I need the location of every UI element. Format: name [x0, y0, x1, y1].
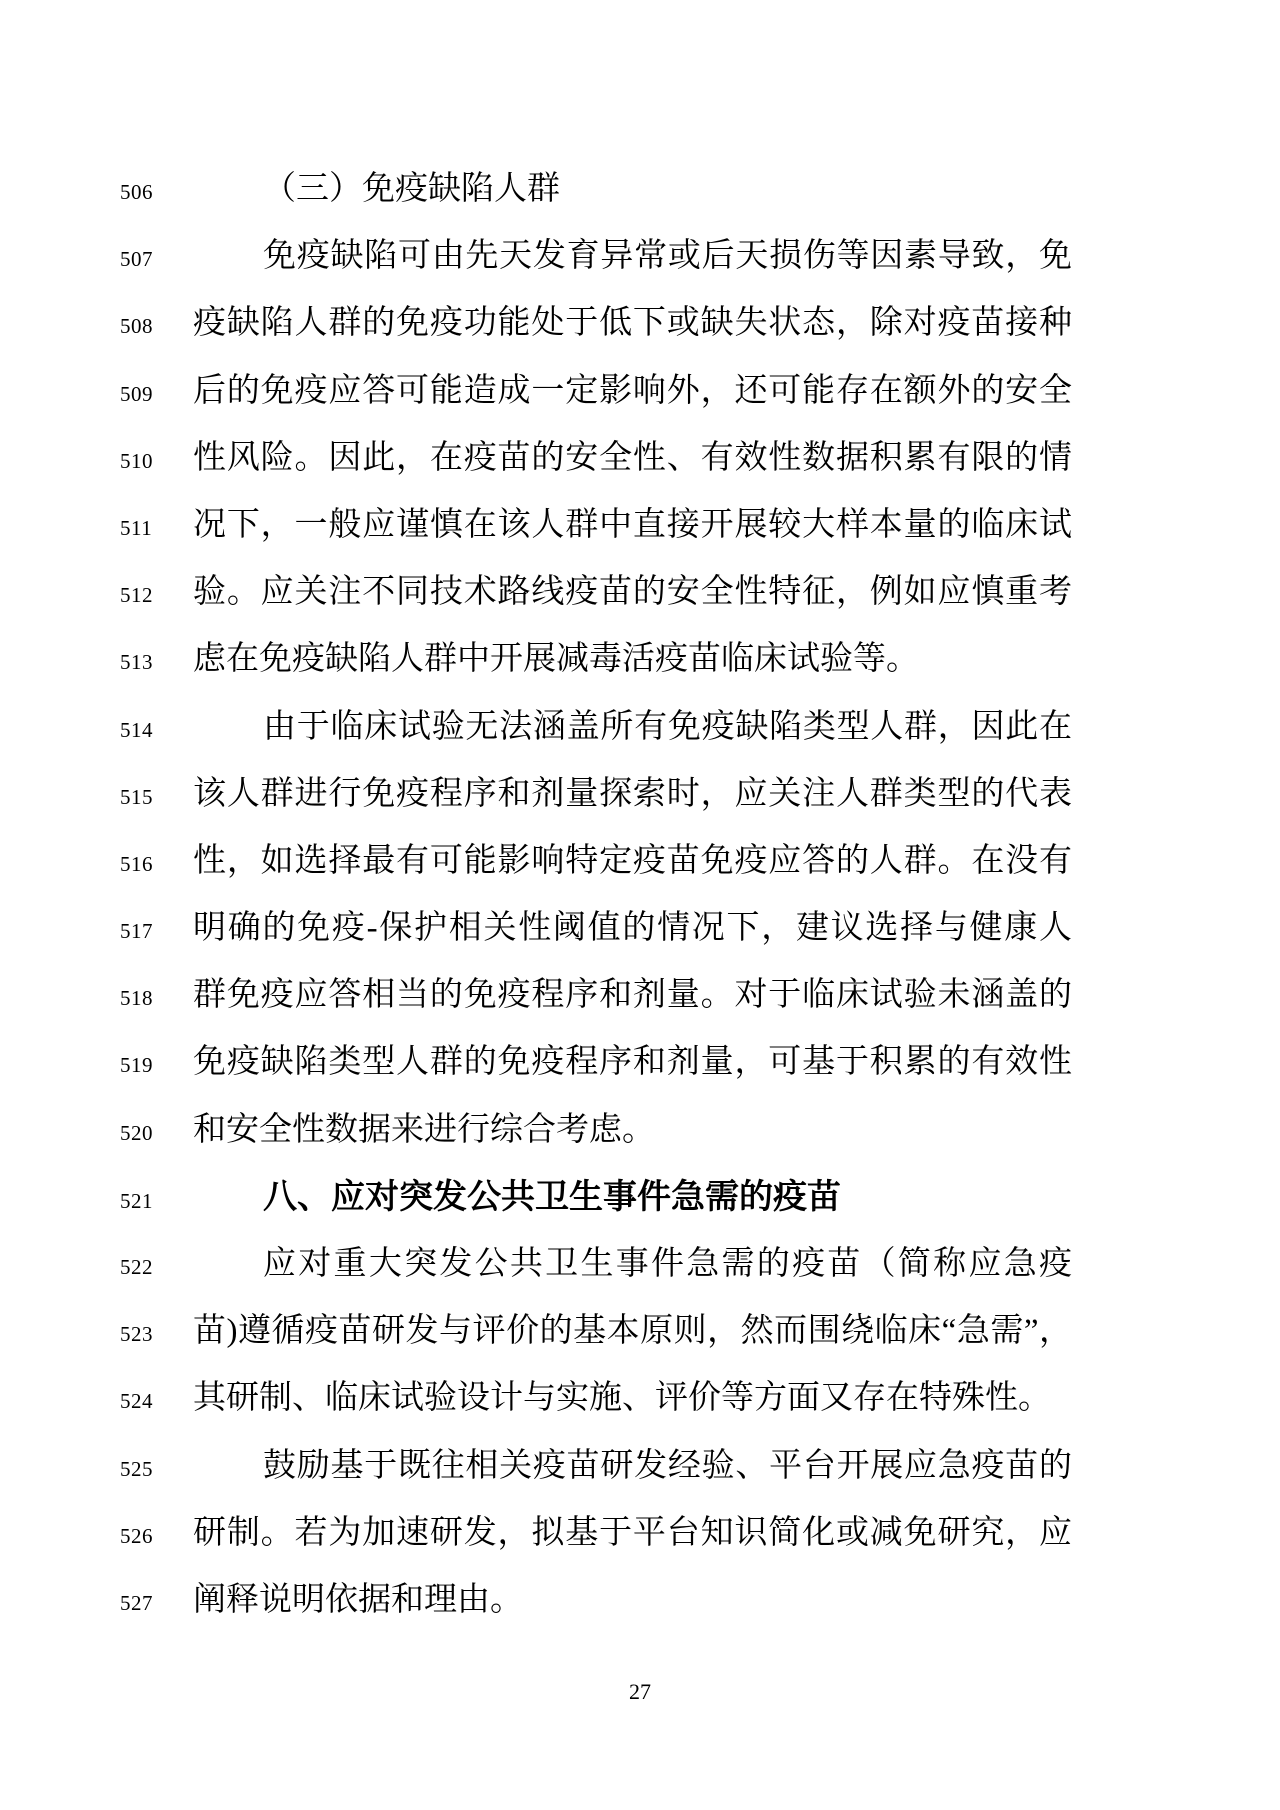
- line-text: 鼓励基于既往相关疫苗研发经验、平台开展应急疫苗的: [193, 1433, 1072, 1500]
- line-text: 验。应关注不同技术路线疫苗的安全性特征，例如应慎重考: [193, 559, 1072, 626]
- line-text: 和安全性数据来进行综合考虑。: [193, 1097, 1072, 1164]
- line-row: 510性风险。因此，在疫苗的安全性、有效性数据积累有限的情: [0, 425, 1280, 492]
- line-text: 况下，一般应谨慎在该人群中直接开展较大样本量的临床试: [193, 492, 1072, 559]
- line-number: 524: [120, 1368, 193, 1435]
- line-row: 527阐释说明依据和理由。: [0, 1567, 1280, 1634]
- sub-section-heading: （三）免疫缺陷人群: [193, 156, 1072, 223]
- line-text: 性，如选择最有可能影响特定疫苗免疫应答的人群。在没有: [193, 828, 1072, 895]
- line-row: 513虑在免疫缺陷人群中开展减毒活疫苗临床试验等。: [0, 626, 1280, 693]
- line-text: 应对重大突发公共卫生事件急需的疫苗（简称应急疫: [193, 1231, 1072, 1298]
- line-row: 511况下，一般应谨慎在该人群中直接开展较大样本量的临床试: [0, 492, 1280, 559]
- line-text: 其研制、临床试验设计与实施、评价等方面又存在特殊性。: [193, 1365, 1072, 1432]
- line-number: 523: [120, 1301, 193, 1368]
- line-number: 520: [120, 1100, 193, 1167]
- line-row: 516性，如选择最有可能影响特定疫苗免疫应答的人群。在没有: [0, 828, 1280, 895]
- line-number: 516: [120, 831, 193, 898]
- page-number: 27: [0, 1672, 1280, 1712]
- line-text: 疫缺陷人群的免疫功能处于低下或缺失状态，除对疫苗接种: [193, 290, 1072, 357]
- line-number: 515: [120, 764, 193, 831]
- line-text: 后的免疫应答可能造成一定影响外，还可能存在额外的安全: [193, 358, 1072, 425]
- line-text: 阐释说明依据和理由。: [193, 1567, 1072, 1634]
- line-text: 该人群进行免疫程序和剂量探索时，应关注人群类型的代表: [193, 761, 1072, 828]
- line-row: 506（三）免疫缺陷人群: [0, 156, 1280, 223]
- line-text: 群免疫应答相当的免疫程序和剂量。对于临床试验未涵盖的: [193, 962, 1072, 1029]
- line-number: 517: [120, 898, 193, 965]
- line-number: 510: [120, 428, 193, 495]
- line-number: 525: [120, 1436, 193, 1503]
- line-number: 519: [120, 1032, 193, 1099]
- line-row: 515该人群进行免疫程序和剂量探索时，应关注人群类型的代表: [0, 761, 1280, 828]
- line-text: 苗)遵循疫苗研发与评价的基本原则，然而围绕临床“急需”，: [193, 1298, 1072, 1365]
- line-row: 522应对重大突发公共卫生事件急需的疫苗（简称应急疫: [0, 1231, 1280, 1298]
- line-number: 507: [120, 226, 193, 293]
- line-row: 514由于临床试验无法涵盖所有免疫缺陷类型人群，因此在: [0, 694, 1280, 761]
- line-number: 513: [120, 629, 193, 696]
- line-text: 免疫缺陷可由先天发育异常或后天损伤等因素导致，免: [193, 223, 1072, 290]
- line-text: 明确的免疫-保护相关性阈值的情况下，建议选择与健康人: [193, 895, 1072, 962]
- line-text: 虑在免疫缺陷人群中开展减毒活疫苗临床试验等。: [193, 626, 1072, 693]
- line-number: 506: [120, 159, 193, 226]
- line-row: 524其研制、临床试验设计与实施、评价等方面又存在特殊性。: [0, 1365, 1280, 1432]
- line-text: 由于临床试验无法涵盖所有免疫缺陷类型人群，因此在: [193, 694, 1072, 761]
- line-row: 520和安全性数据来进行综合考虑。: [0, 1097, 1280, 1164]
- line-text: 研制。若为加速研发，拟基于平台知识简化或减免研究，应: [193, 1500, 1072, 1567]
- line-number: 508: [120, 293, 193, 360]
- line-row: 523苗)遵循疫苗研发与评价的基本原则，然而围绕临床“急需”，: [0, 1298, 1280, 1365]
- line-number: 521: [120, 1168, 193, 1235]
- line-number: 509: [120, 361, 193, 428]
- section-heading: 八、应对突发公共卫生事件急需的疫苗: [193, 1164, 1072, 1231]
- line-text: 免疫缺陷类型人群的免疫程序和剂量，可基于积累的有效性: [193, 1029, 1072, 1096]
- document-page: 506（三）免疫缺陷人群507免疫缺陷可由先天发育异常或后天损伤等因素导致，免5…: [0, 0, 1280, 1810]
- line-row: 525鼓励基于既往相关疫苗研发经验、平台开展应急疫苗的: [0, 1433, 1280, 1500]
- line-number: 514: [120, 697, 193, 764]
- line-text: 性风险。因此，在疫苗的安全性、有效性数据积累有限的情: [193, 425, 1072, 492]
- line-row: 512验。应关注不同技术路线疫苗的安全性特征，例如应慎重考: [0, 559, 1280, 626]
- line-number: 511: [120, 495, 193, 562]
- line-row: 507免疫缺陷可由先天发育异常或后天损伤等因素导致，免: [0, 223, 1280, 290]
- document-body: 506（三）免疫缺陷人群507免疫缺陷可由先天发育异常或后天损伤等因素导致，免5…: [0, 156, 1280, 1634]
- line-row: 509后的免疫应答可能造成一定影响外，还可能存在额外的安全: [0, 358, 1280, 425]
- line-number: 518: [120, 965, 193, 1032]
- line-number: 522: [120, 1234, 193, 1301]
- line-row: 519免疫缺陷类型人群的免疫程序和剂量，可基于积累的有效性: [0, 1029, 1280, 1096]
- line-row: 508疫缺陷人群的免疫功能处于低下或缺失状态，除对疫苗接种: [0, 290, 1280, 357]
- line-number: 527: [120, 1570, 193, 1637]
- line-row: 521八、应对突发公共卫生事件急需的疫苗: [0, 1164, 1280, 1231]
- line-row: 526研制。若为加速研发，拟基于平台知识简化或减免研究，应: [0, 1500, 1280, 1567]
- line-row: 518群免疫应答相当的免疫程序和剂量。对于临床试验未涵盖的: [0, 962, 1280, 1029]
- line-row: 517明确的免疫-保护相关性阈值的情况下，建议选择与健康人: [0, 895, 1280, 962]
- line-number: 526: [120, 1503, 193, 1570]
- line-number: 512: [120, 562, 193, 629]
